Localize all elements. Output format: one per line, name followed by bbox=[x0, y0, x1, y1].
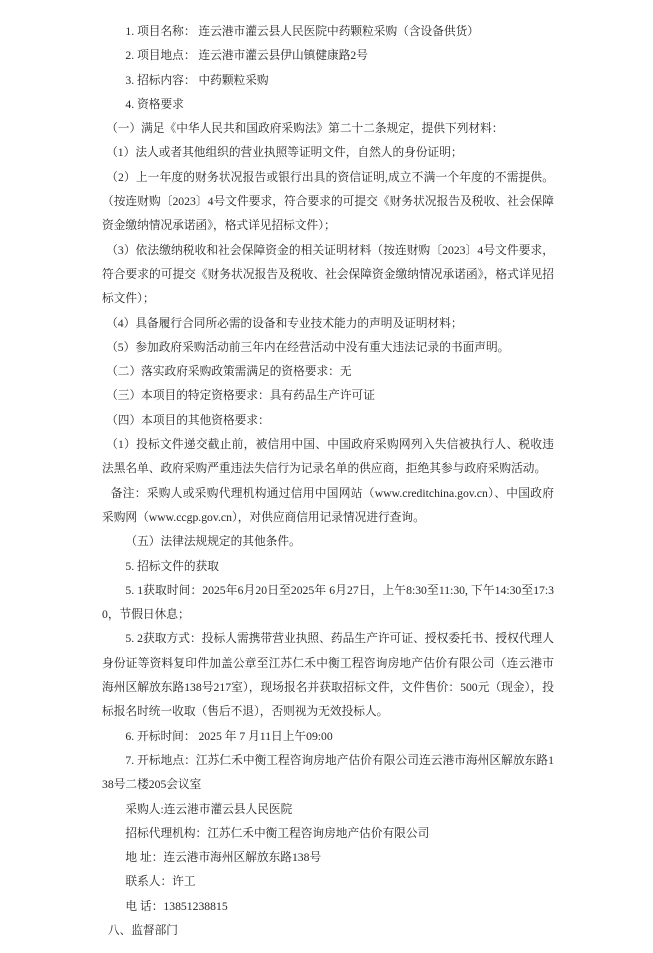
paragraph: 5. 招标文件的获取 bbox=[102, 555, 554, 579]
paragraph: 1. 项目名称： 连云港市灌云县人民医院中药颗粒采购（含设备供货） bbox=[102, 20, 554, 44]
document-body: 1. 项目名称： 连云港市灌云县人民医院中药颗粒采购（含设备供货）2. 项目地点… bbox=[102, 20, 552, 943]
paragraph: （二）落实政府采购政策需满足的资格要求：无 bbox=[102, 360, 554, 384]
paragraph: 采购人:连云港市灌云县人民医院 bbox=[102, 798, 554, 822]
paragraph: 地 址：连云港市海州区解放东路138号 bbox=[102, 846, 554, 870]
paragraph: 招标代理机构：江苏仁禾中衡工程咨询房地产估价有限公司 bbox=[102, 822, 554, 846]
paragraph: 2. 项目地点： 连云港市灌云县伊山镇健康路2号 bbox=[102, 44, 554, 68]
paragraph: 7. 开标地点：江苏仁禾中衡工程咨询房地产估价有限公司连云港市海州区解放东路13… bbox=[102, 749, 554, 798]
paragraph: （一）满足《中华人民共和国政府采购法》第二十二条规定，提供下列材料： bbox=[102, 117, 554, 141]
paragraph: （五）法律法规规定的其他条件。 bbox=[102, 530, 554, 554]
paragraph: 3. 招标内容： 中药颗粒采购 bbox=[102, 69, 554, 93]
paragraph: （四）本项目的其他资格要求： bbox=[102, 409, 554, 433]
paragraph: （三）本项目的特定资格要求：具有药品生产许可证 bbox=[102, 384, 554, 408]
paragraph: （1）投标文件递交截止前，被信用中国、中国政府采购网列入失信被执行人、税收违法黑… bbox=[102, 433, 554, 482]
paragraph: 4. 资格要求 bbox=[102, 93, 554, 117]
paragraph: 5. 1获取时间：2025年6月20日至2025年 6月27日，上午8:30至1… bbox=[102, 579, 554, 628]
paragraph: 电 话：13851238815 bbox=[102, 895, 554, 919]
paragraph: 联系人：许工 bbox=[102, 870, 554, 894]
paragraph: 八、监督部门 bbox=[102, 919, 554, 943]
paragraph: （1）法人或者其他组织的营业执照等证明文件，自然人的身份证明； bbox=[102, 141, 554, 165]
paragraph: （2）上一年度的财务状况报告或银行出具的资信证明,成立不满一个年度的不需提供。（… bbox=[102, 166, 554, 239]
paragraph: 5. 2获取方式：投标人需携带营业执照、药品生产许可证、授权委托书、授权代理人身… bbox=[102, 627, 554, 724]
paragraph: （4）具备履行合同所必需的设备和专业技术能力的声明及证明材料； bbox=[102, 312, 554, 336]
paragraph: （3）依法缴纳税收和社会保障资金的相关证明材料（按连财购〔2023〕4号文件要求… bbox=[102, 239, 554, 312]
paragraph: 备注：采购人或采购代理机构通过信用中国网站（www.creditchina.go… bbox=[102, 482, 554, 531]
paragraph: 6. 开标时间： 2025 年 7 月11日上午09:00 bbox=[102, 725, 554, 749]
document-page: 1. 项目名称： 连云港市灌云县人民医院中药颗粒采购（含设备供货）2. 项目地点… bbox=[0, 0, 653, 953]
paragraph: （5）参加政府采购活动前三年内在经营活动中没有重大违法记录的书面声明。 bbox=[102, 336, 554, 360]
